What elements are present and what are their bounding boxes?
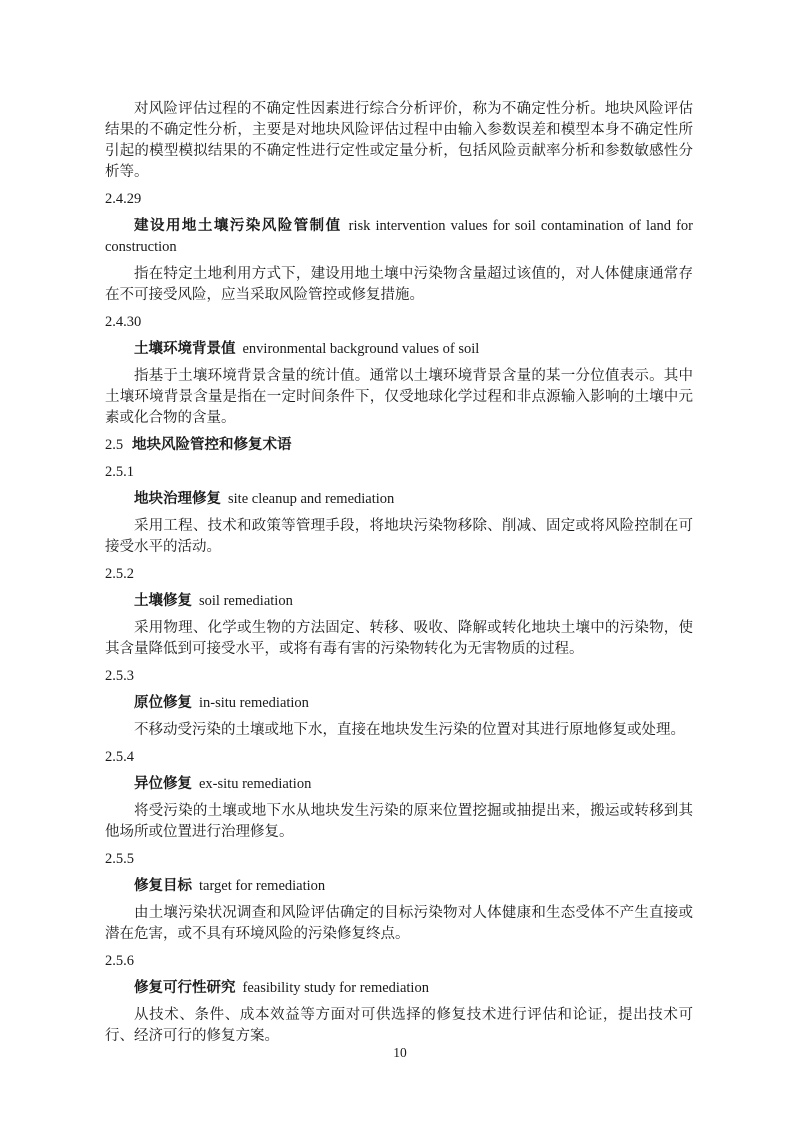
term-definition: 指在特定土地利用方式下，建设用地土壤中污染物含量超过该值的，对人体健康通常存在不…: [105, 264, 693, 306]
term-line: 土壤环境背景值environmental background values o…: [105, 339, 693, 360]
term-definition: 不移动受污染的土壤或地下水，直接在地块发生污染的位置对其进行原地修复或处理。: [105, 720, 693, 741]
term-definition: 采用物理、化学或生物的方法固定、转移、吸收、降解或转化地块土壤中的污染物，使其含…: [105, 618, 693, 660]
term-entry: 2.4.30 土壤环境背景值environmental background v…: [105, 312, 693, 429]
term-chinese: 原位修复: [134, 695, 192, 711]
paragraph-continuation: 对风险评估过程的不确定性因素进行综合分析评价，称为不确定性分析。地块风险评估结果…: [105, 99, 693, 183]
clause-number: 2.4.30: [105, 312, 693, 333]
term-entry: 2.5.5 修复目标target for remediation 由土壤污染状况…: [105, 849, 693, 945]
term-english: soil remediation: [199, 593, 293, 609]
term-chinese: 建设用地土壤污染风险管制值: [134, 218, 342, 234]
term-line: 建设用地土壤污染风险管制值risk intervention values fo…: [105, 216, 693, 258]
term-line: 地块治理修复site cleanup and remediation: [105, 489, 693, 510]
clause-number: 2.4.29: [105, 189, 693, 210]
term-entry: 2.5.4 异位修复ex-situ remediation 将受污染的土壤或地下…: [105, 747, 693, 843]
section-title: 地块风险管控和修复术语: [132, 437, 292, 453]
term-entry: 2.4.29 建设用地土壤污染风险管制值risk intervention va…: [105, 189, 693, 306]
term-chinese: 土壤修复: [134, 593, 192, 609]
term-chinese: 异位修复: [134, 776, 192, 792]
term-english: environmental background values of soil: [243, 341, 480, 357]
clause-number: 2.5.4: [105, 747, 693, 768]
term-english: feasibility study for remediation: [243, 980, 429, 996]
term-entry: 2.5.6 修复可行性研究feasibility study for remed…: [105, 951, 693, 1047]
clause-number: 2.5.1: [105, 462, 693, 483]
term-line: 土壤修复soil remediation: [105, 591, 693, 612]
term-entry: 2.5.2 土壤修复soil remediation 采用物理、化学或生物的方法…: [105, 564, 693, 660]
term-english: target for remediation: [199, 878, 325, 894]
term-entry: 2.5.3 原位修复in-situ remediation 不移动受污染的土壤或…: [105, 666, 693, 741]
term-definition: 将受污染的土壤或地下水从地块发生污染的原来位置挖掘或抽提出来，搬运或转移到其他场…: [105, 801, 693, 843]
term-chinese: 地块治理修复: [134, 491, 221, 507]
page-content: 对风险评估过程的不确定性因素进行综合分析评价，称为不确定性分析。地块风险评估结果…: [105, 99, 693, 1053]
term-entry: 2.5.1 地块治理修复site cleanup and remediation…: [105, 462, 693, 558]
clause-number: 2.5.6: [105, 951, 693, 972]
term-english: ex-situ remediation: [199, 776, 311, 792]
clause-number: 2.5.3: [105, 666, 693, 687]
section-number: 2.5: [105, 435, 132, 456]
term-chinese: 修复可行性研究: [134, 980, 236, 996]
term-english: in-situ remediation: [199, 695, 309, 711]
term-line: 原位修复in-situ remediation: [105, 693, 693, 714]
term-chinese: 土壤环境背景值: [134, 341, 236, 357]
term-definition: 从技术、条件、成本效益等方面对可供选择的修复技术进行评估和论证，提出技术可行、经…: [105, 1005, 693, 1047]
page-number: 10: [0, 1044, 800, 1062]
term-definition: 采用工程、技术和政策等管理手段，将地块污染物移除、削减、固定或将风险控制在可接受…: [105, 516, 693, 558]
section-heading: 2.5地块风险管控和修复术语: [105, 435, 693, 456]
clause-number: 2.5.5: [105, 849, 693, 870]
term-definition: 由土壤污染状况调查和风险评估确定的目标污染物对人体健康和生态受体不产生直接或潜在…: [105, 903, 693, 945]
term-chinese: 修复目标: [134, 878, 192, 894]
document-page: 对风险评估过程的不确定性因素进行综合分析评价，称为不确定性分析。地块风险评估结果…: [0, 0, 800, 1131]
term-line: 修复可行性研究feasibility study for remediation: [105, 978, 693, 999]
term-line: 异位修复ex-situ remediation: [105, 774, 693, 795]
clause-number: 2.5.2: [105, 564, 693, 585]
term-line: 修复目标target for remediation: [105, 876, 693, 897]
term-definition: 指基于土壤环境背景含量的统计值。通常以土壤环境背景含量的某一分位值表示。其中土壤…: [105, 366, 693, 429]
term-english: site cleanup and remediation: [228, 491, 394, 507]
